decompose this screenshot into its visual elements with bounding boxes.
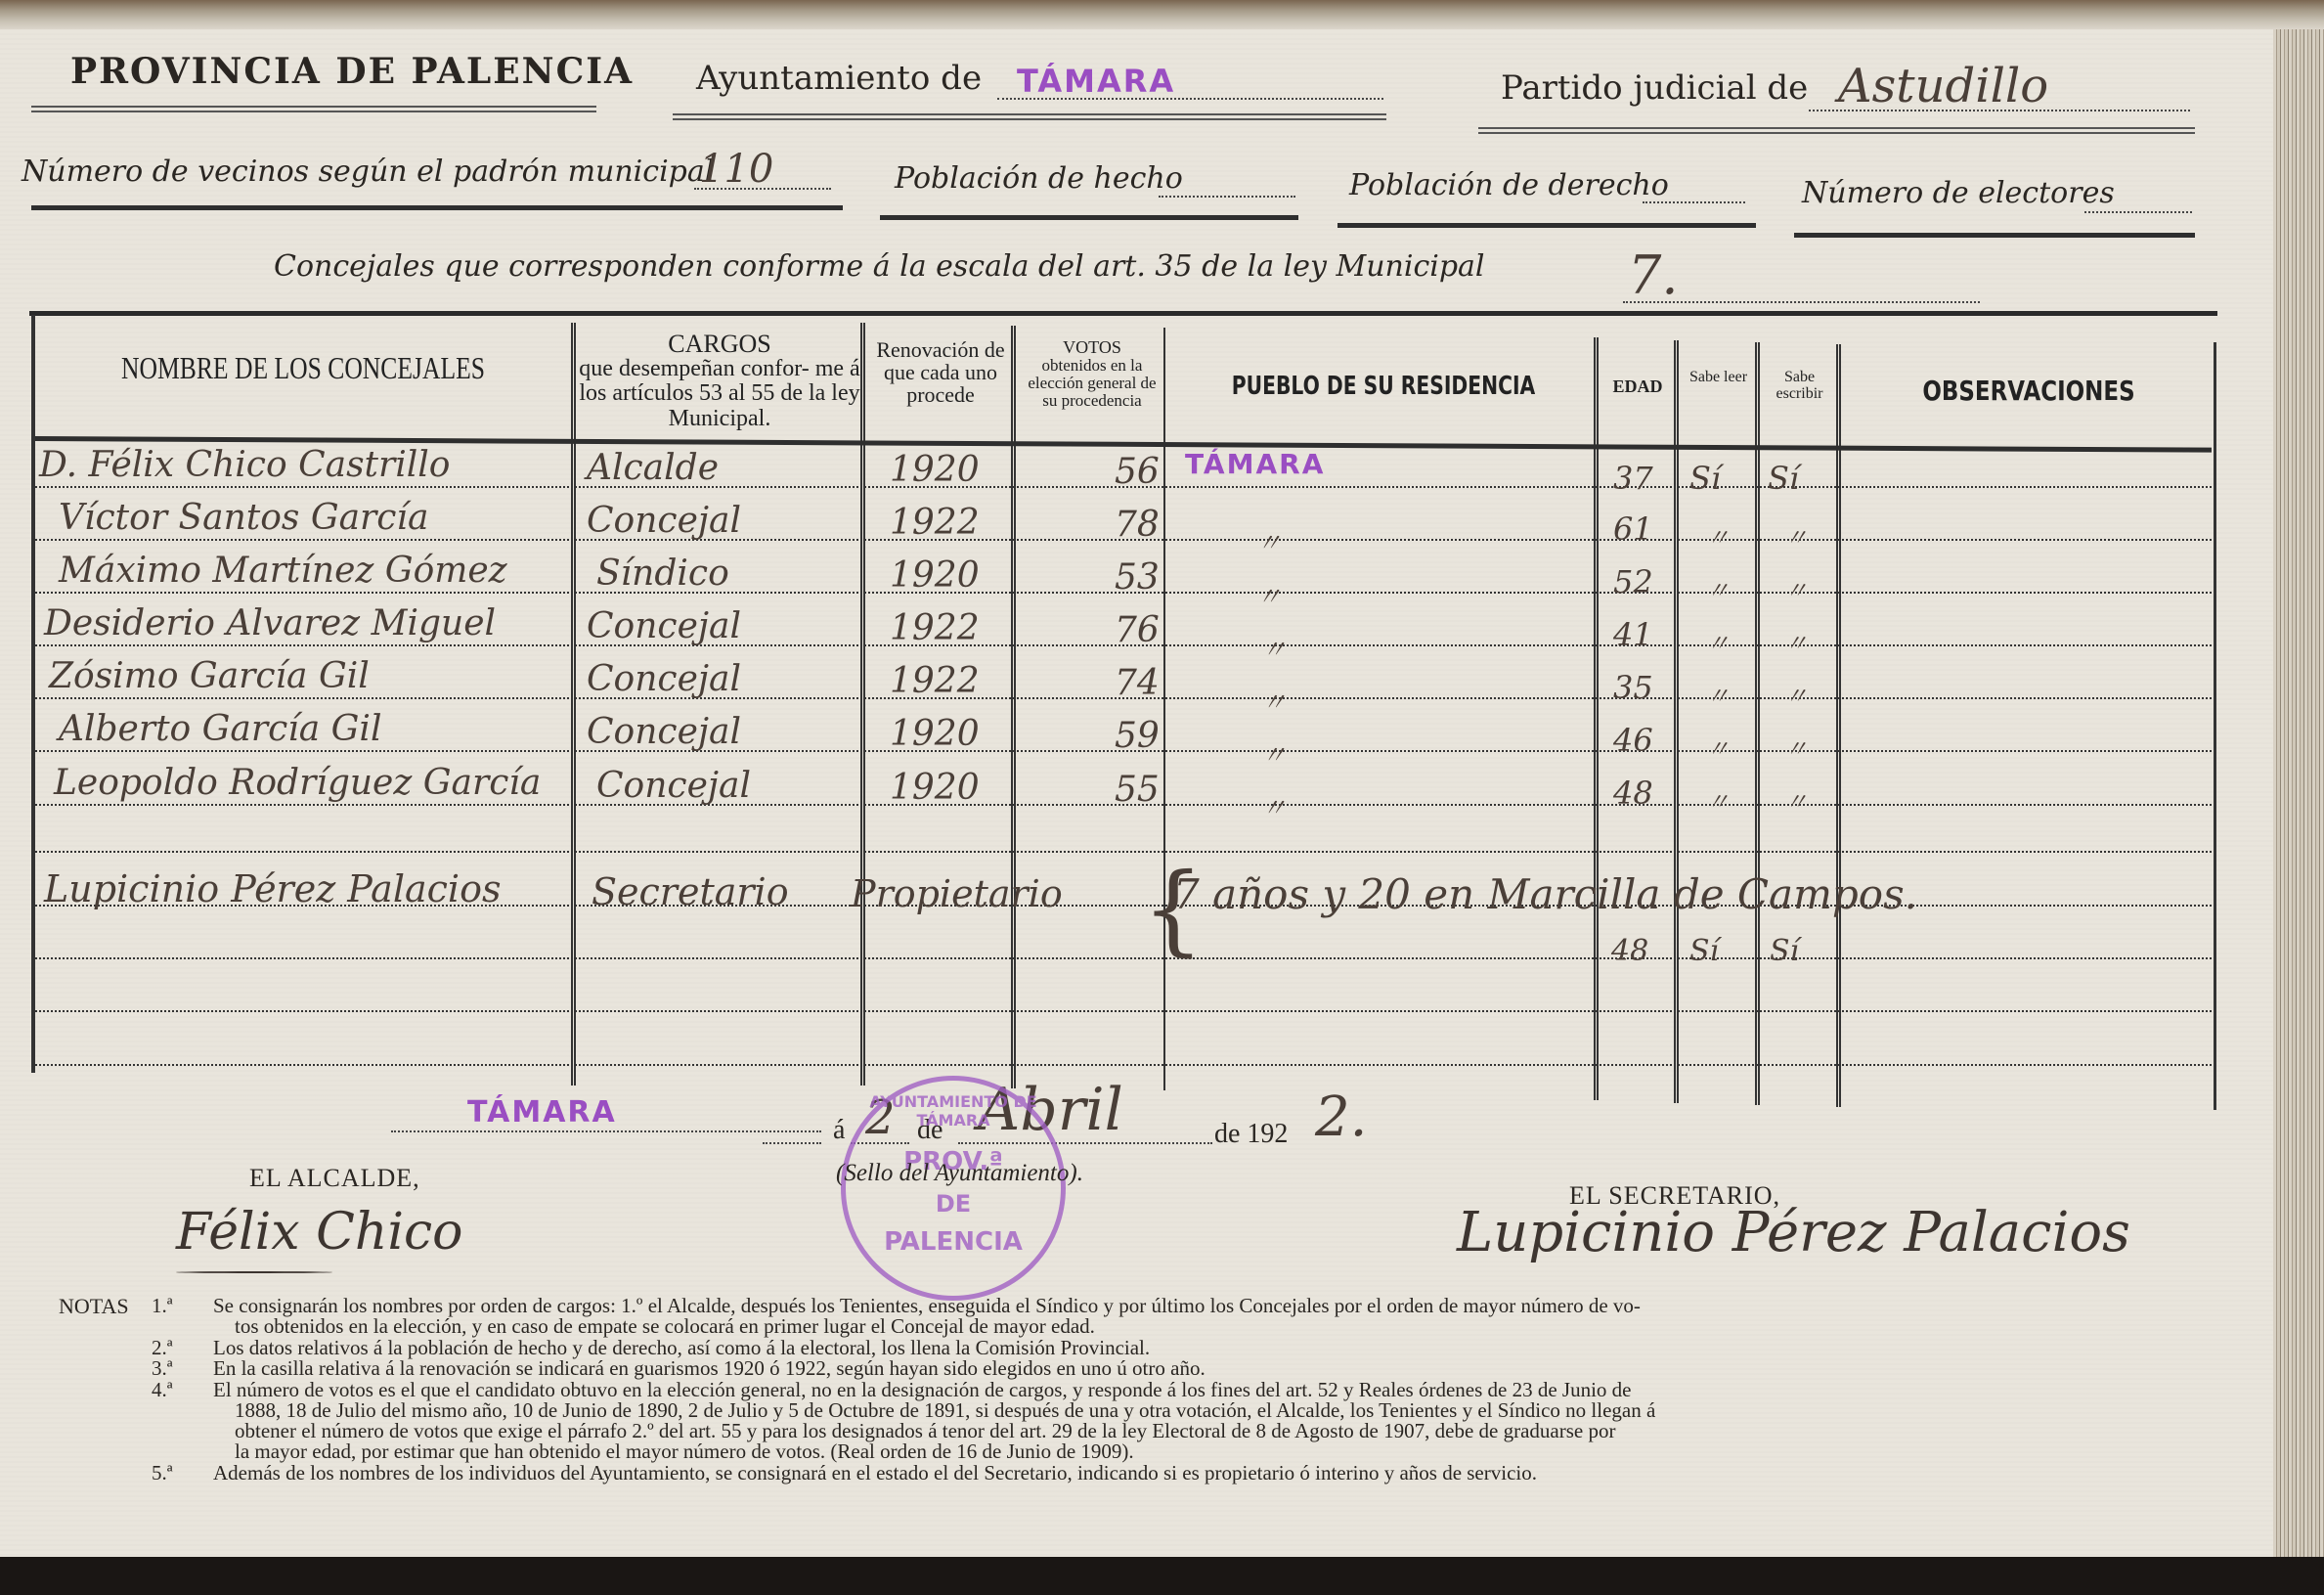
row-3-renovacion: 1920 <box>890 555 980 596</box>
row-3-escribir: 〃 <box>1784 571 1808 605</box>
row-4-escribir: 〃 <box>1784 624 1808 658</box>
secretary-nombre: Lupicinio Pérez Palacios <box>44 867 501 910</box>
concejales-label: Concejales que corresponden conforme á l… <box>274 249 1485 284</box>
rule <box>1337 223 1756 228</box>
col-header-votos: VOTOS obtenidos en la elección general d… <box>1021 338 1163 409</box>
ayuntamiento-label: Ayuntamiento de <box>696 59 982 98</box>
partido-label: Partido judicial de <box>1501 68 1808 108</box>
row-1-pueblo-stamp: TÁMARA <box>1185 448 1325 480</box>
rule <box>31 106 596 112</box>
row-7-leer: 〃 <box>1706 782 1730 817</box>
note-5-line-1: Además de los nombres de los individuos … <box>213 1463 1537 1484</box>
col-divider <box>1011 326 1016 1088</box>
row-2-edad: 61 <box>1613 510 1653 548</box>
row-7-cargo: Concejal <box>596 766 751 806</box>
row-1-nombre: D. Félix Chico Castrillo <box>39 445 572 485</box>
year-label: de 192 <box>1214 1119 1288 1150</box>
row-5-pueblo: 〃 <box>1261 683 1287 719</box>
row-5-cargo: Concejal <box>587 659 741 699</box>
row-3-edad: 52 <box>1613 563 1653 600</box>
row-rule <box>35 957 2212 959</box>
row-rule <box>35 1010 2212 1012</box>
col-header-cargos-title: CARGOS <box>579 331 860 357</box>
hecho-label: Población de hecho <box>895 161 1183 196</box>
row-4-cargo: Concejal <box>587 606 741 646</box>
row-5-escribir: 〃 <box>1784 677 1808 711</box>
col-divider <box>571 323 576 1085</box>
row-1-leer: Sí <box>1689 460 1721 497</box>
row-7-votos: 55 <box>1115 770 1160 810</box>
note-4-line-4: la mayor edad, por estimar que han obten… <box>235 1441 1134 1462</box>
row-2-votos: 78 <box>1115 505 1160 545</box>
alcalde-label: EL ALCALDE, <box>249 1164 420 1193</box>
note-2-num: 2.ª <box>152 1338 173 1358</box>
col-header-edad: EDAD <box>1601 377 1674 396</box>
row-3-nombre: Máximo Martínez Gómez <box>59 551 507 591</box>
a-label: á <box>833 1115 845 1146</box>
row-1-renovacion: 1920 <box>890 450 980 490</box>
row-2-pueblo: 〃 <box>1256 523 1282 559</box>
note-3-line-1: En la casilla relativa á la renovación s… <box>213 1358 1206 1379</box>
note-2-line-1: Los datos relativos á la población de he… <box>213 1338 1150 1358</box>
row-5-votos: 74 <box>1115 663 1160 703</box>
book-page-edges <box>2273 29 2324 1574</box>
row-7-edad: 48 <box>1613 775 1653 812</box>
row-2-leer: 〃 <box>1706 518 1730 553</box>
row-7-pueblo: 〃 <box>1261 788 1287 824</box>
col-header-votos-title: VOTOS <box>1021 338 1163 357</box>
rule <box>880 215 1298 220</box>
row-5-edad: 35 <box>1613 669 1653 706</box>
alcalde-signature: Félix Chico <box>176 1203 462 1262</box>
row-4-leer: 〃 <box>1706 624 1730 658</box>
row-1-votos: 56 <box>1115 452 1160 492</box>
row-5-nombre: Zósimo García Gil <box>49 656 370 696</box>
place-field <box>391 1130 821 1132</box>
note-4-line-1: El número de votos es el que el candidat… <box>213 1380 1632 1400</box>
electores-field <box>2084 211 2192 213</box>
note-1-line-1: Se consignarán los nombres por orden de … <box>213 1296 1641 1316</box>
row-4-renovacion: 1922 <box>890 608 980 648</box>
row-7-renovacion: 1920 <box>890 768 980 808</box>
row-3-leer: 〃 <box>1706 571 1730 605</box>
book-shadow-bottom <box>0 1557 2324 1595</box>
row-2-nombre: Víctor Santos García <box>59 498 428 538</box>
rule <box>673 113 1386 120</box>
row-5-leer: 〃 <box>1706 677 1730 711</box>
col-header-pueblo: PUEBLO DE SU RESIDENCIA <box>1219 374 1547 400</box>
col-divider <box>1594 337 1599 1100</box>
row-4-votos: 76 <box>1115 610 1160 650</box>
town-seal: AYUNTAMIENTO DE TÁMARA PROV.ª DE PALENCI… <box>841 1076 1066 1301</box>
secretary-cargo: Secretario <box>592 870 789 913</box>
row-2-renovacion: 1922 <box>890 503 980 543</box>
row-7-escribir: 〃 <box>1784 782 1808 817</box>
row-1-edad: 37 <box>1613 460 1653 497</box>
row-6-votos: 59 <box>1115 716 1160 756</box>
seal-text-top: AYUNTAMIENTO DE TÁMARA <box>846 1092 1061 1130</box>
book-binding-top <box>0 0 2324 29</box>
secretary-status: Propietario <box>851 872 1063 915</box>
row-5-renovacion: 1922 <box>890 661 980 701</box>
row-6-leer: 〃 <box>1706 730 1730 764</box>
row-1-escribir: Sí <box>1768 460 1799 497</box>
col-divider <box>860 323 865 1085</box>
row-6-renovacion: 1920 <box>890 714 980 754</box>
col-divider <box>1836 344 1841 1107</box>
vecinos-value: 110 <box>699 147 773 192</box>
derecho-label: Población de derecho <box>1349 168 1669 202</box>
notes-label: NOTAS <box>59 1296 129 1316</box>
col-header-escribir: Sabe escribir <box>1763 370 1836 403</box>
seal-palencia: PALENCIA <box>846 1227 1061 1257</box>
table-right-border <box>2214 342 2216 1110</box>
row-3-pueblo: 〃 <box>1256 577 1282 613</box>
sello-label: (Sello del Ayuntamiento). <box>836 1160 1083 1187</box>
col-header-observaciones: OBSERVACIONES <box>1880 377 2176 405</box>
col-header-cargos: CARGOS que desempeñan confor- me á los a… <box>579 331 860 431</box>
partido-value: Astudillo <box>1838 59 2048 113</box>
secretario-signature: Lupicinio Pérez Palacios <box>1457 1201 2130 1264</box>
secretary-leer: Sí <box>1689 934 1719 968</box>
rule <box>31 205 843 210</box>
note-5-num: 5.ª <box>152 1463 173 1484</box>
concejales-value: 7. <box>1628 244 1679 306</box>
hecho-field <box>1159 196 1295 198</box>
col-header-renovacion: Renovación de que cada uno procede <box>870 338 1011 406</box>
rule <box>1794 233 2195 238</box>
seal-de: DE <box>846 1190 1061 1218</box>
province-title: PROVINCIA DE PALENCIA <box>70 51 634 92</box>
col-header-leer: Sabe leer <box>1682 370 1755 386</box>
row-rule <box>35 851 2212 853</box>
note-4-line-3: obtener el número de votos que exige el … <box>235 1421 1615 1441</box>
note-1-line-2: tos obtenidos en la elección, y en caso … <box>235 1316 1095 1337</box>
secretary-edad: 48 <box>1611 934 1648 968</box>
row-6-nombre: Alberto García Gil <box>59 709 381 749</box>
ayuntamiento-stamp: TÁMARA <box>1017 63 1175 100</box>
col-divider <box>1755 342 1760 1105</box>
note-3-num: 3.ª <box>152 1358 173 1379</box>
secretary-escribir: Sí <box>1770 934 1799 968</box>
col-header-nombre: NOMBRE DE LOS CONCEJALES <box>92 352 514 385</box>
electores-label: Número de electores <box>1802 176 2115 210</box>
table-top-rule <box>29 311 2217 317</box>
row-2-escribir: 〃 <box>1784 518 1808 553</box>
row-3-cargo: Síndico <box>596 554 729 594</box>
note-4-line-2: 1888, 18 de Julio del mismo año, 10 de J… <box>235 1400 1655 1421</box>
col-header-cargos-desc: que desempeñan confor- me á los artículo… <box>579 357 860 431</box>
row-4-edad: 41 <box>1613 616 1653 653</box>
document-page: PROVINCIA DE PALENCIA Ayuntamiento de TÁ… <box>0 0 2324 1595</box>
row-6-pueblo: 〃 <box>1261 735 1287 772</box>
secretary-servicio: 7 años y 20 en Marcilla de Campos. <box>1173 870 1917 918</box>
rule <box>1478 127 2195 134</box>
vecinos-label: Número de vecinos según el padrón munici… <box>22 155 714 189</box>
year-digit: 2. <box>1315 1085 1367 1149</box>
row-6-edad: 46 <box>1613 722 1653 759</box>
place-stamp: TÁMARA <box>467 1095 617 1130</box>
dots <box>763 1142 821 1144</box>
col-divider <box>1674 340 1679 1103</box>
derecho-field <box>1643 201 1745 203</box>
col-header-votos-desc: obtenidos en la elección general de su p… <box>1021 357 1163 410</box>
row-7-nombre: Leopoldo Rodríguez García <box>54 763 541 803</box>
signature-flourish <box>176 1271 332 1273</box>
row-3-votos: 53 <box>1115 557 1160 598</box>
row-4-nombre: Desiderio Alvarez Miguel <box>44 603 496 643</box>
row-6-cargo: Concejal <box>587 712 741 752</box>
note-1-num: 1.ª <box>152 1296 173 1316</box>
row-rule <box>35 1064 2212 1066</box>
row-2-cargo: Concejal <box>587 501 741 541</box>
row-6-escribir: 〃 <box>1784 730 1808 764</box>
note-4-num: 4.ª <box>152 1380 173 1400</box>
row-1-cargo: Alcalde <box>587 448 719 488</box>
row-4-pueblo: 〃 <box>1261 630 1287 666</box>
